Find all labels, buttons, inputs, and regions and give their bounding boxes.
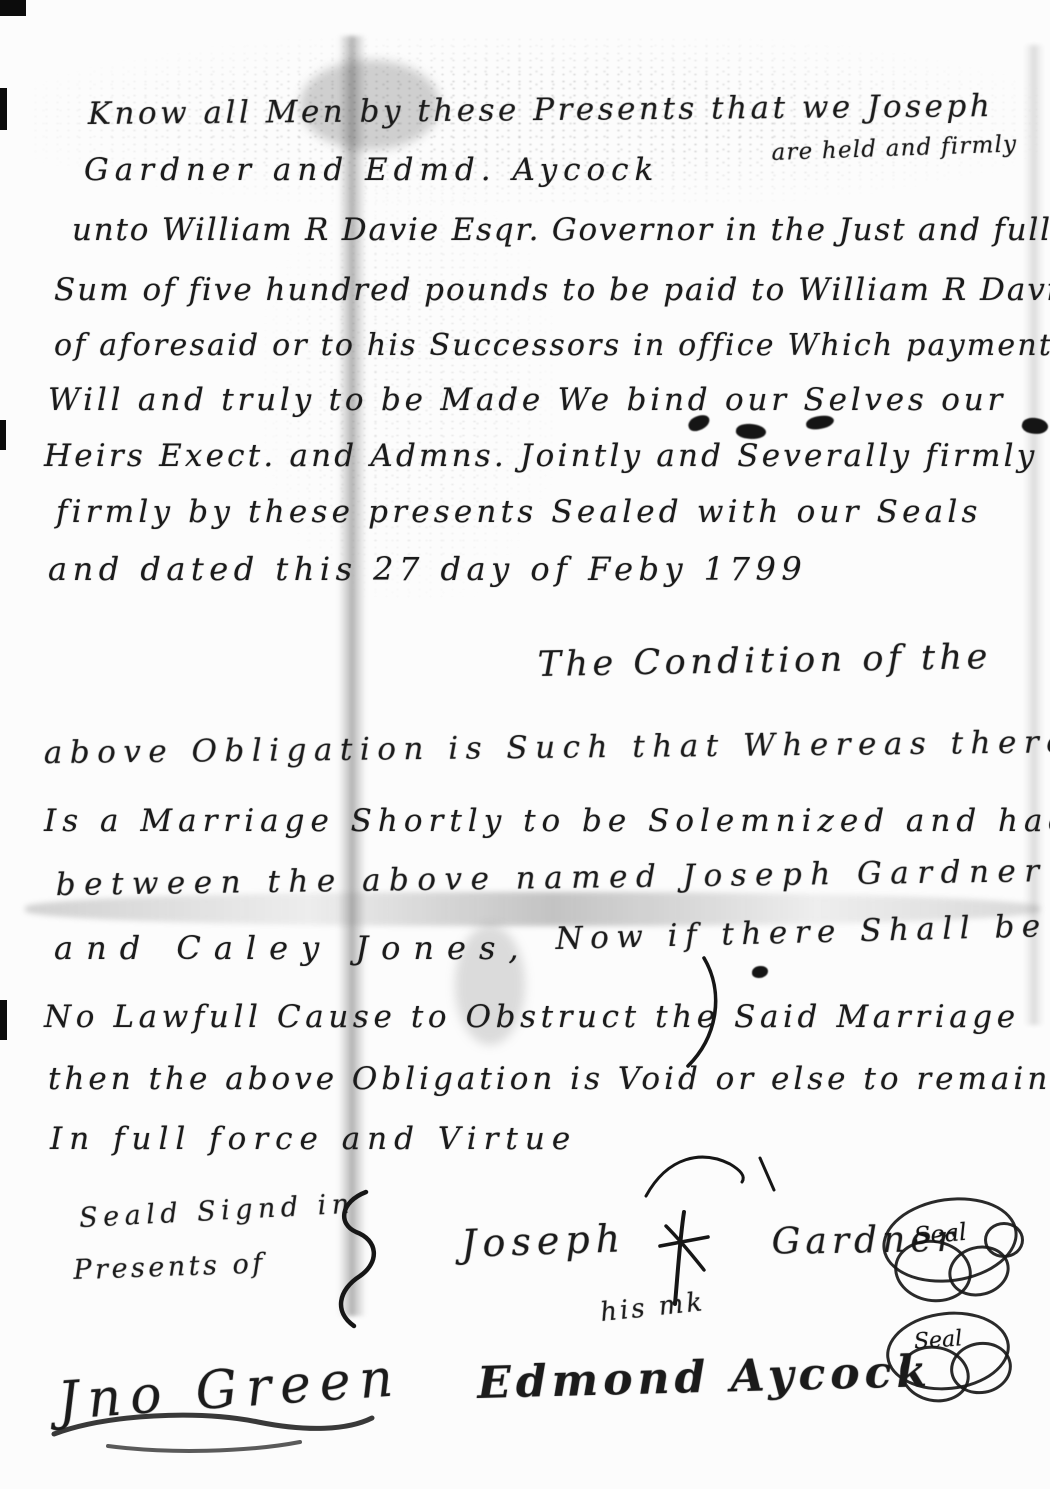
- ink-blot: [752, 966, 768, 978]
- condition-line: In full force and Virtue: [50, 1121, 577, 1157]
- seal-scrawl-gardner: Seal: [878, 1196, 1030, 1314]
- descender-flourish: [638, 952, 728, 1077]
- bond-sealed-line: firmly by these presents Sealed with our…: [56, 494, 982, 530]
- condition-heading: The Condition of the: [537, 637, 992, 685]
- bride-name-line: and Caley Jones,: [54, 929, 532, 967]
- attestation-line-1: Seald Signd in: [78, 1189, 355, 1234]
- signature-edmond-aycock: Edmond Aycock: [477, 1346, 933, 1409]
- scanned-manuscript-page: Know all Men by these Presents that we J…: [0, 0, 1050, 1489]
- bond-date-line: and dated this 27 day of Feby 1799: [48, 550, 807, 588]
- attestation-line-2: Presents of: [73, 1248, 266, 1286]
- bond-obligee-line: unto William R Davie Esqr. Governor in t…: [72, 212, 1050, 248]
- attestation-brace-flourish: [318, 1186, 398, 1336]
- seal-ring: [984, 1222, 1024, 1258]
- bond-heirs-line: Heirs Exect. and Admns. Jointly and Seve…: [44, 438, 1037, 474]
- scan-edge-mark: [0, 88, 7, 130]
- pen-flourish: [640, 1146, 790, 1206]
- condition-line: above Obligation is Such that Whereas th…: [44, 724, 1050, 771]
- seal-word: Seal: [913, 1218, 968, 1250]
- bond-successors-line: of aforesaid or to his Successors in off…: [54, 328, 1050, 363]
- scan-edge-mark: [0, 0, 26, 16]
- bond-sum-line: Sum of five hundred pounds to be paid to…: [54, 272, 1050, 308]
- bond-payment-line: Will and truly to be Made We bind our Se…: [48, 382, 1006, 418]
- scan-edge-mark: [0, 420, 6, 450]
- condition-line: No Lawfull Cause to Obstruct the Said Ma…: [44, 999, 1020, 1035]
- signature-joseph: Joseph: [460, 1216, 626, 1266]
- witness-underline-flourish: [48, 1398, 378, 1458]
- bond-parties-line: Gardner and Edmd. Aycock: [84, 152, 659, 188]
- condition-line: then the above Obligation is Void or els…: [48, 1061, 1050, 1097]
- condition-line: Is a Marriage Shortly to be Solemnized a…: [44, 803, 1050, 839]
- scan-edge-mark: [0, 1000, 7, 1040]
- his-mark-note: his mk: [599, 1287, 707, 1328]
